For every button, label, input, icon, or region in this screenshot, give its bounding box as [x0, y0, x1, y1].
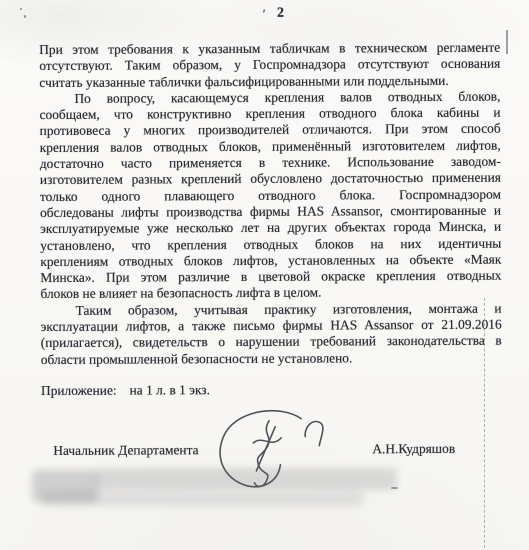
body-line: области промышленной безопасности не уст… — [41, 349, 502, 368]
bleedthrough-smudge — [95, 468, 397, 490]
scan-speck — [24, 15, 26, 18]
page-number: 2 — [277, 6, 285, 22]
signatory-name: А.Н.Кудряшов — [372, 441, 455, 457]
bleedthrough-smudge — [42, 492, 364, 506]
attachment-line: Приложение:на 1 л. в 1 экз. — [41, 382, 210, 399]
body-line: эксплуатируемые уже несколько лет на дру… — [40, 219, 501, 238]
scan-mark — [506, 30, 508, 54]
body-line: (прилагается), свидетельств о нарушении … — [41, 333, 502, 352]
body-line: изготовителем разных креплений обусловле… — [40, 170, 501, 189]
body-line: отсутствуют. Таким образом, у Госпромнад… — [39, 56, 500, 75]
scan-edge-line — [484, 298, 485, 548]
body-text: При этом требования к указанным табличка… — [39, 40, 502, 368]
scan-speck — [20, 8, 22, 10]
attachment-label: Приложение: — [41, 383, 117, 398]
signatory-title: Начальник Департамента — [53, 442, 198, 459]
body-line: Минска». При этом различие в цветовой ок… — [40, 268, 501, 287]
attachment-value: на 1 л. в 1 экз. — [130, 382, 210, 397]
scan-mark — [391, 487, 398, 489]
document-page: 2 При этом требования к указанным таблич… — [0, 0, 529, 550]
